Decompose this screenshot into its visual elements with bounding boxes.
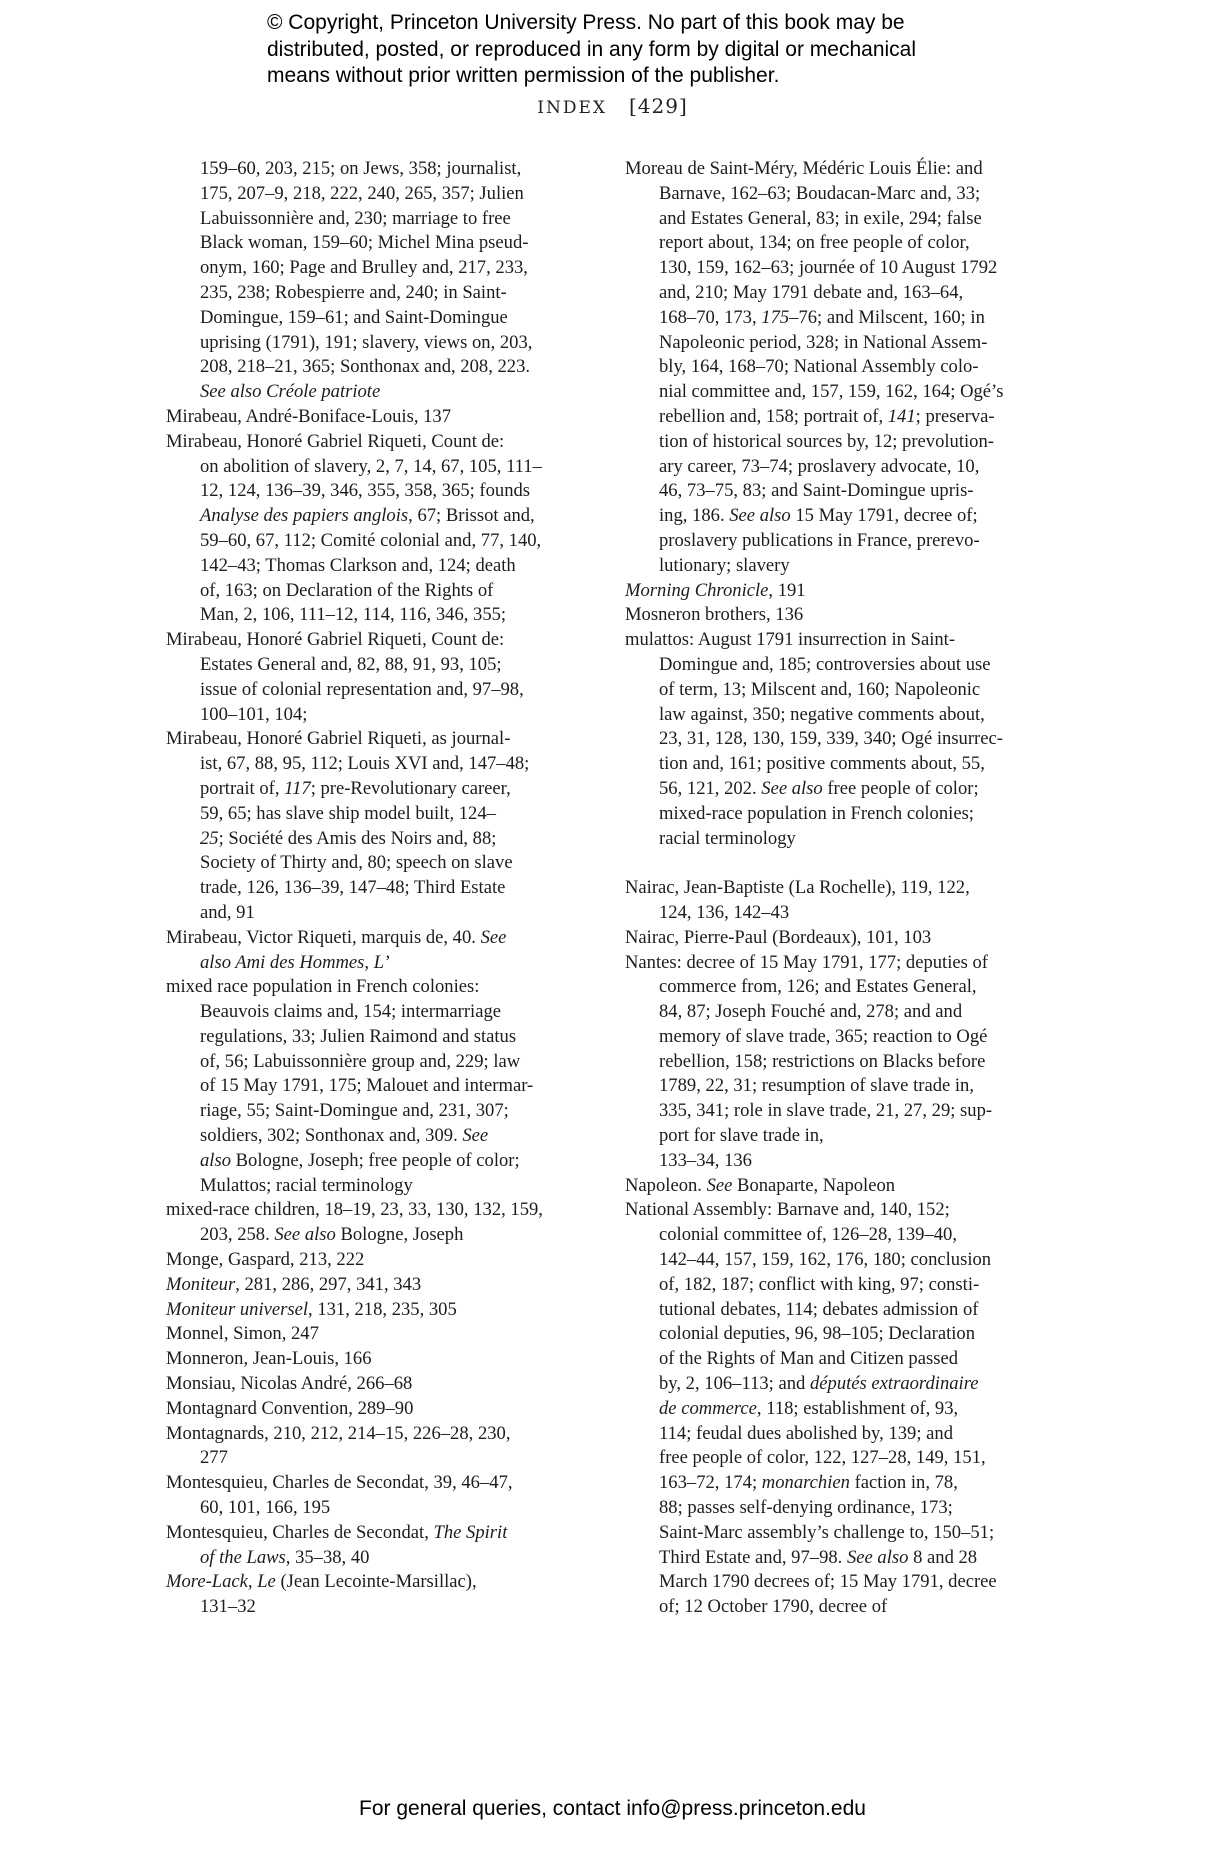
entry-headline: Mirabeau, André-Boniface-Louis, 137 <box>166 405 586 430</box>
entry-text: 12, 124, 136–39, 346, 355, 358, 365; fou… <box>200 480 530 501</box>
entry-text: 159–60, 203, 215; on Jews, 358; journali… <box>200 158 521 179</box>
index-entry: Montesquieu, Charles de Secondat, 39, 46… <box>166 1471 586 1521</box>
index-column-right: Moreau de Saint-Méry, Médéric Louis Élie… <box>625 157 1045 1620</box>
entry-subline: proslavery publications in France, prere… <box>625 529 1045 554</box>
entry-subline: 142–44, 157, 159, 162, 176, 180; conclus… <box>625 1248 1045 1273</box>
entry-text: , 131, 218, 235, 305 <box>308 1299 457 1320</box>
entry-text: issue of colonial representation and, 97… <box>200 679 524 700</box>
entry-text: Monsiau, Nicolas André, 266–68 <box>166 1373 412 1394</box>
entry-subline: bly, 164, 168–70; National Assembly colo… <box>625 355 1045 380</box>
entry-subline: Beauvois claims and, 154; intermarriage <box>166 1000 586 1025</box>
entry-text: Montagnards, 210, 212, 214–15, 226–28, 2… <box>166 1423 510 1444</box>
entry-subline: 88; passes self-denying ordinance, 173; <box>625 1496 1045 1521</box>
entry-text: of term, 13; Milscent and, 160; Napoleon… <box>659 679 980 700</box>
entry-subline: tion and, 161; positive comments about, … <box>625 752 1045 777</box>
entry-text: 114; feudal dues abolished by, 139; and <box>659 1423 953 1444</box>
entry-text: Napoleon. <box>625 1175 707 1196</box>
entry-text: Mosneron brothers, 136 <box>625 604 803 625</box>
entry-text: Nairac, Pierre-Paul (Bordeaux), 101, 103 <box>625 927 931 948</box>
index-entry: Montagnard Convention, 289–90 <box>166 1397 586 1422</box>
entry-text: 84, 87; Joseph Fouché and, 278; and and <box>659 1001 962 1022</box>
entry-subline: 142–43; Thomas Clarkson and, 124; death <box>166 554 586 579</box>
entry-text: and Estates General, 83; in exile, 294; … <box>659 208 982 229</box>
italic-text: See <box>707 1175 733 1196</box>
entry-text: 1789, 22, 31; resumption of slave trade … <box>659 1075 974 1096</box>
entry-text: ; preserva- <box>916 406 995 427</box>
entry-headline: Nantes: decree of 15 May 1791, 177; depu… <box>625 951 1045 976</box>
entry-headline: Montesquieu, Charles de Secondat, The Sp… <box>166 1521 586 1546</box>
entry-text: free people of color; <box>823 778 979 799</box>
entry-text: Labuissonnière and, 230; marriage to fre… <box>200 208 511 229</box>
entry-text: Montesquieu, Charles de Secondat, <box>166 1522 434 1543</box>
entry-text: Nairac, Jean-Baptiste (La Rochelle), 119… <box>625 877 970 898</box>
entry-subline: 114; feudal dues abolished by, 139; and <box>625 1422 1045 1447</box>
entry-headline: Montagnards, 210, 212, 214–15, 226–28, 2… <box>166 1422 586 1447</box>
entry-subline: memory of slave trade, 365; reaction to … <box>625 1025 1045 1050</box>
entry-subline: report about, 134; on free people of col… <box>625 231 1045 256</box>
entry-subline: of term, 13; Milscent and, 160; Napoleon… <box>625 678 1045 703</box>
entry-text: March 1790 decrees of; 15 May 1791, decr… <box>659 1571 997 1592</box>
entry-text: and, 91 <box>200 902 255 923</box>
entry-text: bly, 164, 168–70; National Assembly colo… <box>659 356 979 377</box>
entry-text: Montagnard Convention, 289–90 <box>166 1398 413 1419</box>
entry-text: ; Société des Amis des Noirs and, 88; <box>219 828 497 849</box>
entry-text: –76; and Milscent, 160; in <box>789 307 985 328</box>
entry-text: Bologne, Joseph <box>336 1224 464 1245</box>
entry-text: proslavery publications in France, prere… <box>659 530 980 551</box>
italic-text: de commerce <box>659 1398 757 1419</box>
entry-text: Monneron, Jean-Louis, 166 <box>166 1348 372 1369</box>
copyright-line: distributed, posted, or reproduced in an… <box>267 37 1027 64</box>
entry-subline: and, 91 <box>166 901 586 926</box>
entry-text: 203, 258. <box>200 1224 274 1245</box>
entry-spacer <box>625 851 1045 876</box>
entry-text: of, 182, 187; conflict with king, 97; co… <box>659 1274 979 1295</box>
index-entry: More-Lack, Le (Jean Lecointe-Marsillac),… <box>166 1570 586 1620</box>
entry-text: 15 May 1791, decree of; <box>791 505 978 526</box>
entry-subline: of, 56; Labuissonnière group and, 229; l… <box>166 1050 586 1075</box>
entry-text: Society of Thirty and, 80; speech on sla… <box>200 852 513 873</box>
entry-subline: nial committee and, 157, 159, 162, 164; … <box>625 380 1045 405</box>
entry-subline: See also Créole patriote <box>166 380 586 405</box>
entry-text: 142–43; Thomas Clarkson and, 124; death <box>200 555 516 576</box>
entry-subline: tion of historical sources by, 12; prevo… <box>625 430 1045 455</box>
entry-headline: Mirabeau, Victor Riqueti, marquis de, 40… <box>166 926 586 951</box>
entry-subline: ing, 186. See also 15 May 1791, decree o… <box>625 504 1045 529</box>
entry-text: commerce from, 126; and Estates General, <box>659 976 977 997</box>
entry-text: Domingue and, 185; controversies about u… <box>659 654 991 675</box>
entry-subline: Estates General and, 82, 88, 91, 93, 105… <box>166 653 586 678</box>
entry-subline: 23, 31, 128, 130, 159, 339, 340; Ogé ins… <box>625 727 1045 752</box>
entry-text: 88; passes self-denying ordinance, 173; <box>659 1497 953 1518</box>
entry-text: memory of slave trade, 365; reaction to … <box>659 1026 987 1047</box>
index-entry: Moniteur universel, 131, 218, 235, 305 <box>166 1298 586 1323</box>
entry-subline: regulations, 33; Julien Raimond and stat… <box>166 1025 586 1050</box>
entry-text: of, 56; Labuissonnière group and, 229; l… <box>200 1051 520 1072</box>
entry-subline: free people of color, 122, 127–28, 149, … <box>625 1446 1045 1471</box>
entry-subline: also Ami des Hommes, L’ <box>166 951 586 976</box>
entry-text: Mirabeau, André-Boniface-Louis, 137 <box>166 406 451 427</box>
entry-subline: Labuissonnière and, 230; marriage to fre… <box>166 207 586 232</box>
entry-headline: mulattos: August 1791 insurrection in Sa… <box>625 628 1045 653</box>
entry-text: 335, 341; role in slave trade, 21, 27, 2… <box>659 1100 992 1121</box>
entry-subline: 130, 159, 162–63; journée of 10 August 1… <box>625 256 1045 281</box>
entry-headline: Monneron, Jean-Louis, 166 <box>166 1347 586 1372</box>
entry-text: , 281, 286, 297, 341, 343 <box>235 1274 421 1295</box>
entry-text: Third Estate and, 97–98. <box>659 1547 847 1568</box>
entry-text: 163–72, 174; <box>659 1472 762 1493</box>
entry-text: 59–60, 67, 112; Comité colonial and, 77,… <box>200 530 541 551</box>
index-entry: Monneron, Jean-Louis, 166 <box>166 1347 586 1372</box>
entry-subline: 59–60, 67, 112; Comité colonial and, 77,… <box>166 529 586 554</box>
index-entry: Mirabeau, Honoré Gabriel Riqueti, Count … <box>166 430 586 628</box>
entry-text: (Jean Lecointe-Marsillac), <box>276 1571 477 1592</box>
copyright-notice: © Copyright, Princeton University Press.… <box>267 10 1027 90</box>
entry-headline: Mosneron brothers, 136 <box>625 603 1045 628</box>
entry-text: 168–70, 173, <box>659 307 761 328</box>
entry-headline: Napoleon. See Bonaparte, Napoleon <box>625 1174 1045 1199</box>
entry-subline: 203, 258. See also Bologne, Joseph <box>166 1223 586 1248</box>
index-column-left: 159–60, 203, 215; on Jews, 358; journali… <box>166 157 586 1620</box>
entry-text: ; pre-Revolutionary career, <box>311 778 511 799</box>
entry-headline: Mirabeau, Honoré Gabriel Riqueti, Count … <box>166 628 586 653</box>
entry-subline: 133–34, 136 <box>625 1149 1045 1174</box>
entry-text: 56, 121, 202. <box>659 778 761 799</box>
entry-text: Mirabeau, Honoré Gabriel Riqueti, Count … <box>166 431 504 452</box>
entry-text: and, 210; May 1791 debate and, 163–64, <box>659 282 963 303</box>
entry-subline: Black woman, 159–60; Michel Mina pseud- <box>166 231 586 256</box>
entry-text: racial terminology <box>659 828 796 849</box>
entry-subline: 84, 87; Joseph Fouché and, 278; and and <box>625 1000 1045 1025</box>
entry-subline: racial terminology <box>625 827 1045 852</box>
entry-subline: colonial committee of, 126–28, 139–40, <box>625 1223 1045 1248</box>
entry-subline: riage, 55; Saint-Domingue and, 231, 307; <box>166 1099 586 1124</box>
entry-subline: 168–70, 173, 175–76; and Milscent, 160; … <box>625 306 1045 331</box>
index-entry: Mirabeau, Honoré Gabriel Riqueti, Count … <box>166 628 586 727</box>
italic-text: of the Laws <box>200 1547 286 1568</box>
index-entry: mixed-race children, 18–19, 23, 33, 130,… <box>166 1198 586 1248</box>
entry-text: portrait of, <box>200 778 284 799</box>
italic-text: 117 <box>284 778 311 799</box>
entry-text: mixed-race children, 18–19, 23, 33, 130,… <box>166 1199 543 1220</box>
entry-text: free people of color, 122, 127–28, 149, … <box>659 1447 986 1468</box>
index-entry: Montagnards, 210, 212, 214–15, 226–28, 2… <box>166 1422 586 1472</box>
italic-text: also Ami des Hommes, L’ <box>200 952 390 973</box>
italic-text: See also <box>847 1547 908 1568</box>
entry-subline: Domingue, 159–61; and Saint-Domingue <box>166 306 586 331</box>
footer-contact: For general queries, contact info@press.… <box>0 1797 1225 1821</box>
copyright-line: means without prior written permission o… <box>267 63 1027 90</box>
index-entry: Nairac, Jean-Baptiste (La Rochelle), 119… <box>625 876 1045 926</box>
index-entry: National Assembly: Barnave and, 140, 152… <box>625 1198 1045 1620</box>
entry-text: Mirabeau, Victor Riqueti, marquis de, 40… <box>166 927 481 948</box>
entry-text: 46, 73–75, 83; and Saint-Domingue upris- <box>659 480 974 501</box>
entry-headline: Monnel, Simon, 247 <box>166 1322 586 1347</box>
index-entry: Moniteur, 281, 286, 297, 341, 343 <box>166 1273 586 1298</box>
entry-subline: also Bologne, Joseph; free people of col… <box>166 1149 586 1174</box>
index-entry: Monsiau, Nicolas André, 266–68 <box>166 1372 586 1397</box>
entry-subline: portrait of, 117; pre-Revolutionary care… <box>166 777 586 802</box>
entry-text: Domingue, 159–61; and Saint-Domingue <box>200 307 508 328</box>
entry-text: mixed race population in French colonies… <box>166 976 479 997</box>
entry-subline: Napoleonic period, 328; in National Asse… <box>625 331 1045 356</box>
entry-headline: Montagnard Convention, 289–90 <box>166 1397 586 1422</box>
entry-subline: of; 12 October 1790, decree of <box>625 1595 1045 1620</box>
entry-subline: 235, 238; Robespierre and, 240; in Saint… <box>166 281 586 306</box>
entry-text: National Assembly: Barnave and, 140, 152… <box>625 1199 950 1220</box>
entry-text: of the Rights of Man and Citizen passed <box>659 1348 958 1369</box>
entry-text: law against, 350; negative comments abou… <box>659 704 985 725</box>
entry-text: Moreau de Saint-Méry, Médéric Louis Élie… <box>625 158 983 179</box>
entry-text: of, 163; on Declaration of the Rights of <box>200 580 493 601</box>
italic-text: See also Créole patriote <box>200 381 380 402</box>
entry-text: , 67; Brissot and, <box>408 505 535 526</box>
italic-text: See <box>462 1125 488 1146</box>
entry-headline: Nairac, Jean-Baptiste (La Rochelle), 119… <box>625 876 1045 901</box>
entry-headline: National Assembly: Barnave and, 140, 152… <box>625 1198 1045 1223</box>
entry-text: 277 <box>200 1447 228 1468</box>
entry-headline: Mirabeau, Honoré Gabriel Riqueti, Count … <box>166 430 586 455</box>
entry-subline: 56, 121, 202. See also free people of co… <box>625 777 1045 802</box>
entry-subline: 163–72, 174; monarchien faction in, 78, <box>625 1471 1045 1496</box>
italic-text: See also <box>274 1224 335 1245</box>
entry-subline: lutionary; slavery <box>625 554 1045 579</box>
entry-text: onym, 160; Page and Brulley and, 217, 23… <box>200 257 528 278</box>
entry-subline: of, 182, 187; conflict with king, 97; co… <box>625 1273 1045 1298</box>
entry-text: rebellion, 158; restrictions on Blacks b… <box>659 1051 985 1072</box>
entry-subline: 46, 73–75, 83; and Saint-Domingue upris- <box>625 479 1045 504</box>
entry-headline: mixed-race children, 18–19, 23, 33, 130,… <box>166 1198 586 1223</box>
entry-text: faction in, 78, <box>850 1472 958 1493</box>
entry-subline: Analyse des papiers anglois, 67; Brissot… <box>166 504 586 529</box>
entry-subline: trade, 126, 136–39, 147–48; Third Estate <box>166 876 586 901</box>
italic-text: See <box>481 927 507 948</box>
entry-subline: de commerce, 118; establishment of, 93, <box>625 1397 1045 1422</box>
entry-text: regulations, 33; Julien Raimond and stat… <box>200 1026 516 1047</box>
italic-text: 175 <box>761 307 789 328</box>
entry-subline: Third Estate and, 97–98. See also 8 and … <box>625 1546 1045 1571</box>
entry-subline: 1789, 22, 31; resumption of slave trade … <box>625 1074 1045 1099</box>
entry-text: report about, 134; on free people of col… <box>659 232 970 253</box>
entry-subline: Society of Thirty and, 80; speech on sla… <box>166 851 586 876</box>
entry-text: 23, 31, 128, 130, 159, 339, 340; Ogé ins… <box>659 728 1003 749</box>
entry-text: lutionary; slavery <box>659 555 790 576</box>
entry-text: Bonaparte, Napoleon <box>732 1175 895 1196</box>
italic-text: also <box>200 1150 231 1171</box>
entry-text: ing, 186. <box>659 505 729 526</box>
index-entry: Nantes: decree of 15 May 1791, 177; depu… <box>625 951 1045 1174</box>
entry-subline: onym, 160; Page and Brulley and, 217, 23… <box>166 256 586 281</box>
entry-subline: of the Rights of Man and Citizen passed <box>625 1347 1045 1372</box>
index-entry: Monnel, Simon, 247 <box>166 1322 586 1347</box>
entry-subline: Domingue and, 185; controversies about u… <box>625 653 1045 678</box>
entry-text: 208, 218–21, 365; Sonthonax and, 208, 22… <box>200 356 530 377</box>
entry-text: , 118; establishment of, 93, <box>757 1398 958 1419</box>
entry-text: Mirabeau, Honoré Gabriel Riqueti, Count … <box>166 629 504 650</box>
entry-text: by, 2, 106–113; and <box>659 1373 810 1394</box>
entry-subline: 100–101, 104; <box>166 703 586 728</box>
entry-subline: of, 163; on Declaration of the Rights of <box>166 579 586 604</box>
entry-text: Bologne, Joseph; free people of color; <box>231 1150 520 1171</box>
entry-text: nial committee and, 157, 159, 162, 164; … <box>659 381 1003 402</box>
entry-subline: 25; Société des Amis des Noirs and, 88; <box>166 827 586 852</box>
entry-subline: by, 2, 106–113; and députés extraordinai… <box>625 1372 1045 1397</box>
entry-text: , 35–38, 40 <box>286 1547 370 1568</box>
entry-subline: ist, 67, 88, 95, 112; Louis XVI and, 147… <box>166 752 586 777</box>
entry-text: Monge, Gaspard, 213, 222 <box>166 1249 364 1270</box>
running-head: INDEX[429] <box>0 94 1225 118</box>
index-entry: Morning Chronicle, 191 <box>625 579 1045 604</box>
entry-text: 131–32 <box>200 1596 256 1617</box>
entry-headline: Morning Chronicle, 191 <box>625 579 1045 604</box>
entry-subline: Man, 2, 106, 111–12, 114, 116, 346, 355; <box>166 603 586 628</box>
entry-text: Montesquieu, Charles de Secondat, 39, 46… <box>166 1472 513 1493</box>
entry-headline: Montesquieu, Charles de Secondat, 39, 46… <box>166 1471 586 1496</box>
index-entry: Montesquieu, Charles de Secondat, The Sp… <box>166 1521 586 1571</box>
entry-text: 100–101, 104; <box>200 704 307 725</box>
entry-subline: 131–32 <box>166 1595 586 1620</box>
entry-subline: mixed-race population in French colonies… <box>625 802 1045 827</box>
entry-subline: port for slave trade in, <box>625 1124 1045 1149</box>
index-entry: Napoleon. See Bonaparte, Napoleon <box>625 1174 1045 1199</box>
entry-text: trade, 126, 136–39, 147–48; Third Estate <box>200 877 505 898</box>
italic-text: See also <box>761 778 822 799</box>
entry-text: 60, 101, 166, 195 <box>200 1497 330 1518</box>
entry-text: Barnave, 162–63; Boudacan-Marc and, 33; <box>659 183 980 204</box>
entry-text: ary career, 73–74; proslavery advocate, … <box>659 456 979 477</box>
entry-subline: 208, 218–21, 365; Sonthonax and, 208, 22… <box>166 355 586 380</box>
entry-text: soldiers, 302; Sonthonax and, 309. <box>200 1125 462 1146</box>
italic-text: 25 <box>200 828 219 849</box>
entry-text: on abolition of slavery, 2, 7, 14, 67, 1… <box>200 456 542 477</box>
entry-text: Mirabeau, Honoré Gabriel Riqueti, as jou… <box>166 728 510 749</box>
italic-text: monarchien <box>762 1472 850 1493</box>
entry-subline: 175, 207–9, 218, 222, 240, 265, 357; Jul… <box>166 182 586 207</box>
index-entry: Mirabeau, André-Boniface-Louis, 137 <box>166 405 586 430</box>
entry-subline: and Estates General, 83; in exile, 294; … <box>625 207 1045 232</box>
entry-subline: Saint-Marc assembly’s challenge to, 150–… <box>625 1521 1045 1546</box>
entry-subline: uprising (1791), 191; slavery, views on,… <box>166 331 586 356</box>
running-head-title: INDEX <box>537 98 607 118</box>
entry-subline: rebellion, 158; restrictions on Blacks b… <box>625 1050 1045 1075</box>
entry-text: 130, 159, 162–63; journée of 10 August 1… <box>659 257 997 278</box>
italic-text: 141 <box>888 406 916 427</box>
entry-subline: soldiers, 302; Sonthonax and, 309. See <box>166 1124 586 1149</box>
entry-headline: Nairac, Pierre-Paul (Bordeaux), 101, 103 <box>625 926 1045 951</box>
entry-text: rebellion and, 158; portrait of, <box>659 406 888 427</box>
entry-subline: of 15 May 1791, 175; Malouet and interma… <box>166 1074 586 1099</box>
italic-text: See also <box>729 505 790 526</box>
entry-subline: law against, 350; negative comments abou… <box>625 703 1045 728</box>
index-entry: Mirabeau, Victor Riqueti, marquis de, 40… <box>166 926 586 976</box>
index-entry: Monge, Gaspard, 213, 222 <box>166 1248 586 1273</box>
entry-text: mulattos: August 1791 insurrection in Sa… <box>625 629 955 650</box>
entry-subline: and, 210; May 1791 debate and, 163–64, <box>625 281 1045 306</box>
entry-subline: 60, 101, 166, 195 <box>166 1496 586 1521</box>
italic-text: More-Lack, Le <box>166 1571 276 1592</box>
entry-subline: 124, 136, 142–43 <box>625 901 1045 926</box>
entry-text: 175, 207–9, 218, 222, 240, 265, 357; Jul… <box>200 183 524 204</box>
entry-text: mixed-race population in French colonies… <box>659 803 974 824</box>
entry-subline: March 1790 decrees of; 15 May 1791, decr… <box>625 1570 1045 1595</box>
entry-subline: Barnave, 162–63; Boudacan-Marc and, 33; <box>625 182 1045 207</box>
entry-text: Nantes: decree of 15 May 1791, 177; depu… <box>625 952 988 973</box>
italic-text: députés extraordinaire <box>810 1373 979 1394</box>
copyright-line: © Copyright, Princeton University Press.… <box>267 10 1027 37</box>
index-entry: mulattos: August 1791 insurrection in Sa… <box>625 628 1045 851</box>
entry-text: 142–44, 157, 159, 162, 176, 180; conclus… <box>659 1249 991 1270</box>
entry-headline: Moreau de Saint-Méry, Médéric Louis Élie… <box>625 157 1045 182</box>
index-entry: Mirabeau, Honoré Gabriel Riqueti, as jou… <box>166 727 586 925</box>
entry-text: Monnel, Simon, 247 <box>166 1323 319 1344</box>
entry-headline: Mirabeau, Honoré Gabriel Riqueti, as jou… <box>166 727 586 752</box>
entry-subline: commerce from, 126; and Estates General, <box>625 975 1045 1000</box>
entry-subline: on abolition of slavery, 2, 7, 14, 67, 1… <box>166 455 586 480</box>
entry-subline: 335, 341; role in slave trade, 21, 27, 2… <box>625 1099 1045 1124</box>
entry-subline: 159–60, 203, 215; on Jews, 358; journali… <box>166 157 586 182</box>
entry-subline: Mulattos; racial terminology <box>166 1174 586 1199</box>
entry-text: port for slave trade in, <box>659 1125 824 1146</box>
entry-text: 235, 238; Robespierre and, 240; in Saint… <box>200 282 507 303</box>
entry-text: Estates General and, 82, 88, 91, 93, 105… <box>200 654 502 675</box>
entry-headline: Moniteur universel, 131, 218, 235, 305 <box>166 1298 586 1323</box>
entry-text: 8 and 28 <box>908 1547 977 1568</box>
italic-text: Morning Chronicle <box>625 580 768 601</box>
italic-text: Analyse des papiers anglois <box>200 505 408 526</box>
entry-text: , 191 <box>768 580 805 601</box>
entry-text: tutional debates, 114; debates admission… <box>659 1299 978 1320</box>
entry-text: colonial deputies, 96, 98–105; Declarati… <box>659 1323 975 1344</box>
page-number: [429] <box>629 94 688 118</box>
index-entry: Nairac, Pierre-Paul (Bordeaux), 101, 103 <box>625 926 1045 951</box>
entry-subline: tutional debates, 114; debates admission… <box>625 1298 1045 1323</box>
entry-text: Black woman, 159–60; Michel Mina pseud- <box>200 232 528 253</box>
entry-headline: More-Lack, Le (Jean Lecointe-Marsillac), <box>166 1570 586 1595</box>
entry-subline: rebellion and, 158; portrait of, 141; pr… <box>625 405 1045 430</box>
entry-text: Beauvois claims and, 154; intermarriage <box>200 1001 501 1022</box>
entry-text: uprising (1791), 191; slavery, views on,… <box>200 332 532 353</box>
entry-text: colonial committee of, 126–28, 139–40, <box>659 1224 957 1245</box>
italic-text: Moniteur <box>166 1274 235 1295</box>
index-entry: Moreau de Saint-Méry, Médéric Louis Élie… <box>625 157 1045 579</box>
entry-subline: ary career, 73–74; proslavery advocate, … <box>625 455 1045 480</box>
entry-headline: mixed race population in French colonies… <box>166 975 586 1000</box>
entry-subline: 277 <box>166 1446 586 1471</box>
entry-subline: issue of colonial representation and, 97… <box>166 678 586 703</box>
entry-text: of; 12 October 1790, decree of <box>659 1596 887 1617</box>
italic-text: The Spirit <box>434 1522 508 1543</box>
entry-text: 133–34, 136 <box>659 1150 752 1171</box>
entry-headline: Monsiau, Nicolas André, 266–68 <box>166 1372 586 1397</box>
entry-text: Saint-Marc assembly’s challenge to, 150–… <box>659 1522 994 1543</box>
index-entry: Mosneron brothers, 136 <box>625 603 1045 628</box>
entry-text: ist, 67, 88, 95, 112; Louis XVI and, 147… <box>200 753 529 774</box>
entry-headline: Monge, Gaspard, 213, 222 <box>166 1248 586 1273</box>
entry-text: tion and, 161; positive comments about, … <box>659 753 985 774</box>
entry-text: riage, 55; Saint-Domingue and, 231, 307; <box>200 1100 509 1121</box>
index-entry: 159–60, 203, 215; on Jews, 358; journali… <box>166 157 586 405</box>
index-entry: mixed race population in French colonies… <box>166 975 586 1198</box>
italic-text: Moniteur universel <box>166 1299 308 1320</box>
entry-subline: of the Laws, 35–38, 40 <box>166 1546 586 1571</box>
entry-text: 124, 136, 142–43 <box>659 902 789 923</box>
entry-text: of 15 May 1791, 175; Malouet and interma… <box>200 1075 533 1096</box>
entry-text: 59, 65; has slave ship model built, 124– <box>200 803 496 824</box>
entry-subline: 59, 65; has slave ship model built, 124– <box>166 802 586 827</box>
entry-text: Mulattos; racial terminology <box>200 1175 413 1196</box>
entry-subline: colonial deputies, 96, 98–105; Declarati… <box>625 1322 1045 1347</box>
entry-text: Man, 2, 106, 111–12, 114, 116, 346, 355; <box>200 604 506 625</box>
